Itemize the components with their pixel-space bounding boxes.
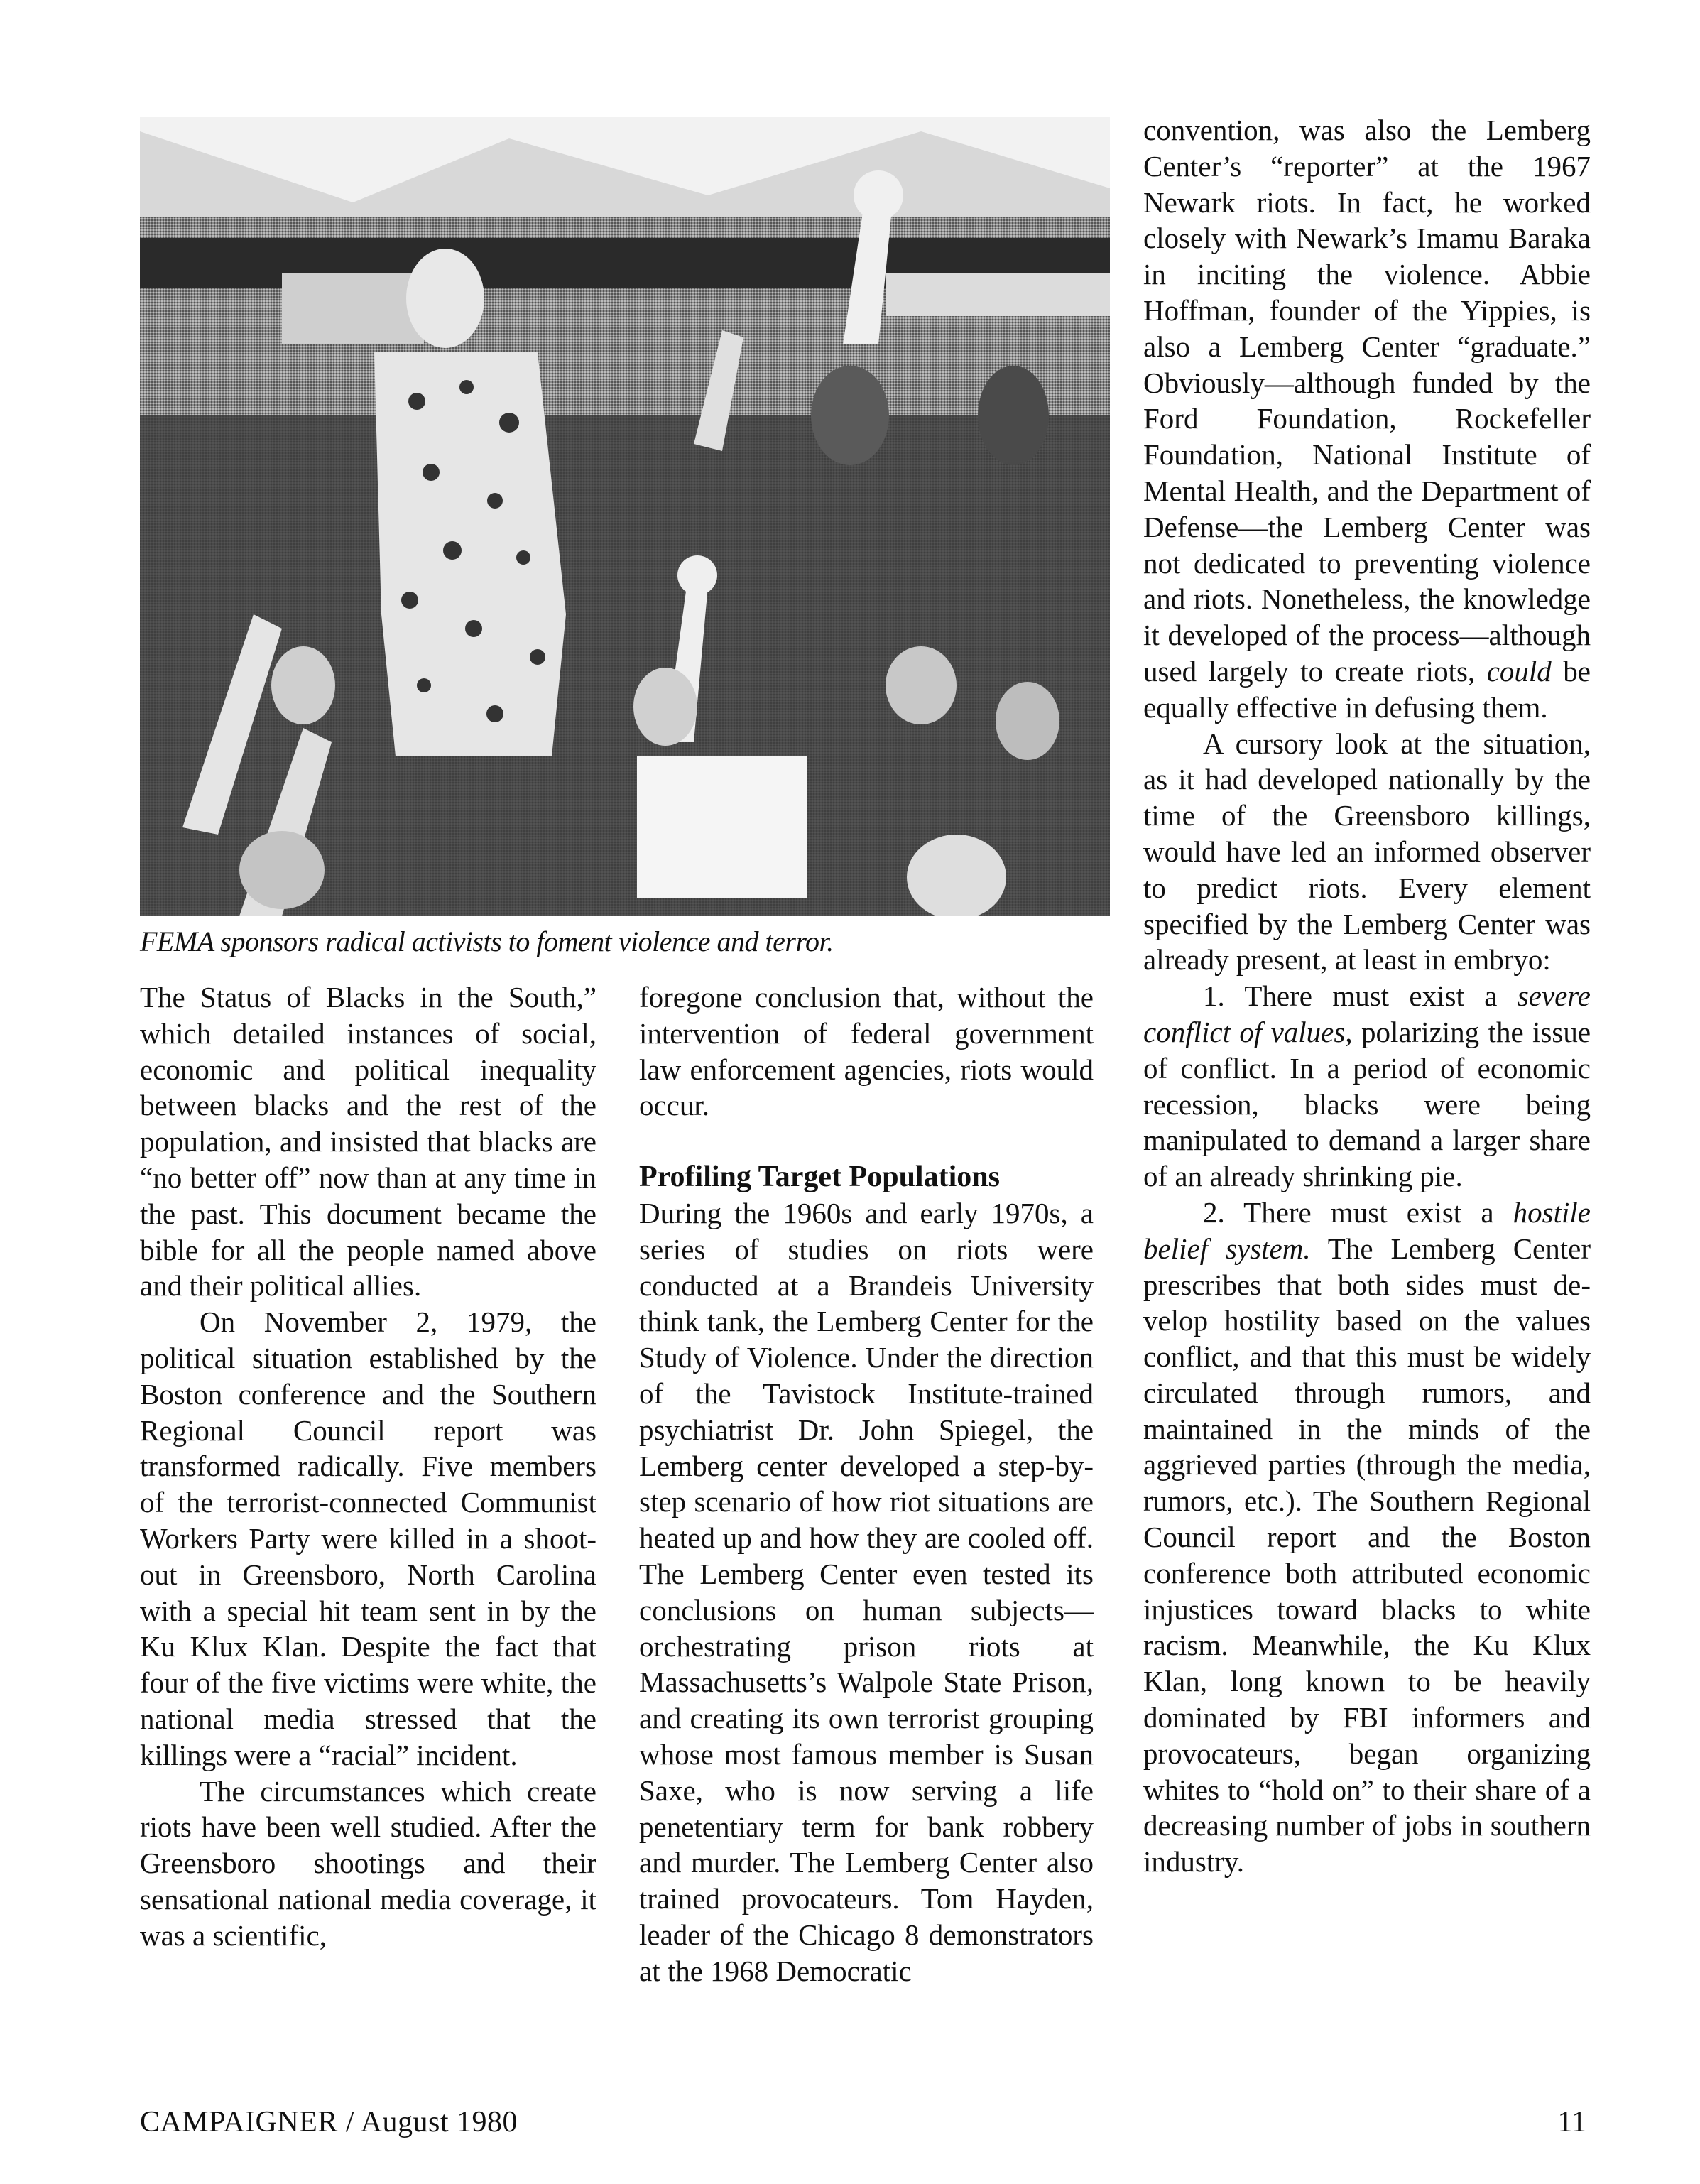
paragraph: A cursory look at the situa­tion, as it … bbox=[1143, 726, 1591, 979]
text-run: The Lemberg Center prescribes that both … bbox=[1143, 1232, 1591, 1879]
article-column-right: convention, was also the Lemberg Center’… bbox=[1143, 112, 1591, 1880]
section-heading: Profiling Target Populations bbox=[639, 1159, 1094, 1195]
list-item-1: 1. There must exist a severe conflict of… bbox=[1143, 978, 1591, 1195]
photo-caption: FEMA sponsors radical activists to fomen… bbox=[140, 923, 1134, 960]
article-column-left: The Status of Blacks in the South,” whic… bbox=[140, 979, 596, 1954]
text-run: 1. There must exist a bbox=[1203, 979, 1518, 1012]
paragraph: During the 1960s and early 1970s, a seri… bbox=[639, 1195, 1094, 1989]
crowd-photo bbox=[140, 117, 1110, 916]
paragraph: The circumstances which cre­ate riots ha… bbox=[140, 1773, 596, 1954]
magazine-page: FEMA sponsors radical activists to fomen… bbox=[0, 0, 1700, 2184]
page-number: 11 bbox=[1558, 2105, 1586, 2139]
emphasis: could bbox=[1487, 655, 1552, 688]
list-item-2: 2. There must exist a hostile belief sys… bbox=[1143, 1195, 1591, 1880]
paragraph: foregone conclusion that, without the in… bbox=[639, 979, 1094, 1124]
paragraph: The Status of Blacks in the South,” whic… bbox=[140, 979, 596, 1304]
footer-publication: CAMPAIGNER / August 1980 bbox=[140, 2105, 518, 2139]
text-run: 2. There must exist a bbox=[1203, 1196, 1513, 1229]
text-run: convention, was also the Lemberg Center’… bbox=[1143, 114, 1591, 688]
paragraph: On November 2, 1979, the political situa… bbox=[140, 1304, 596, 1773]
article-column-middle: foregone conclusion that, without the in… bbox=[639, 979, 1094, 1989]
paragraph: convention, was also the Lemberg Center’… bbox=[1143, 112, 1591, 726]
photo-image bbox=[140, 117, 1110, 916]
